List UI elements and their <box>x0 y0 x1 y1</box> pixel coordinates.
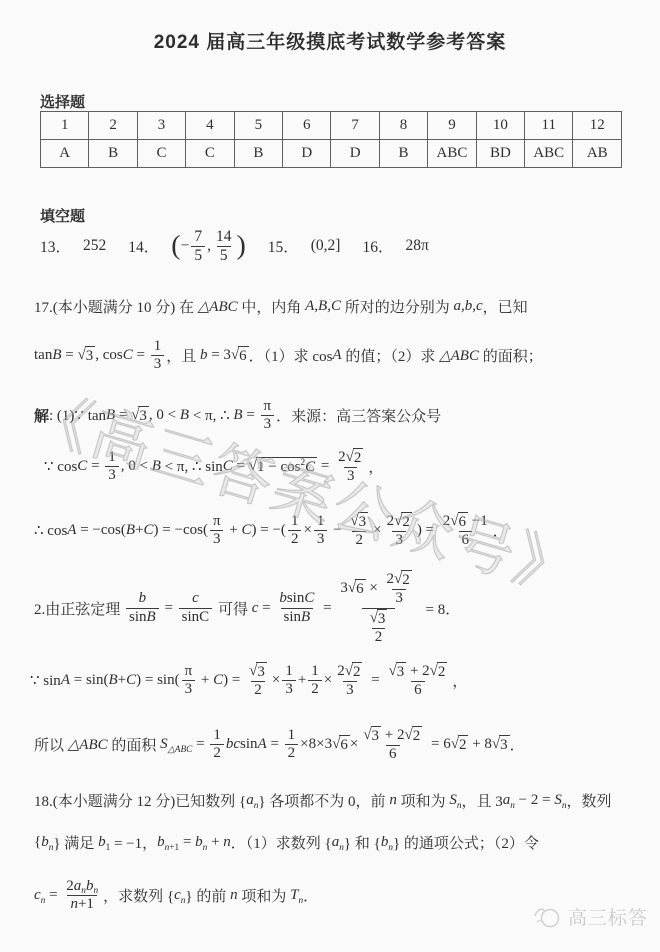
math-text: = <box>317 458 333 475</box>
math-text: 3 <box>139 408 147 425</box>
choice-number-cell: 6 <box>283 112 331 140</box>
sqrt-radicand: 6 <box>458 512 469 531</box>
fraction-denominator: 3 <box>392 589 406 607</box>
math-text: 2 <box>338 449 346 466</box>
blank-item-number: 16． <box>362 235 393 257</box>
math-text: 2 <box>288 745 296 762</box>
choice-number-cell: 1 <box>41 112 89 140</box>
math-text: 3 <box>257 664 265 681</box>
math-var: b <box>157 834 165 851</box>
math-text: 2 <box>66 878 74 895</box>
math-text: 3 <box>86 348 94 365</box>
subscript: n <box>81 886 86 897</box>
math-var: △ABC <box>168 744 193 755</box>
fraction-denominator: 6 <box>386 745 400 763</box>
math-var: n <box>562 801 567 811</box>
sqrt-radicand: 2 <box>352 662 363 681</box>
math-text: ． <box>493 520 508 541</box>
math-text: = <box>367 672 383 689</box>
sqrt-radicand: 3 <box>85 346 96 365</box>
fraction-numerator: √3 + 2√2 <box>360 726 425 745</box>
choice-answer-cell: C <box>137 140 185 168</box>
sqrt: √6 <box>348 579 366 598</box>
math-text: ) = <box>417 522 438 539</box>
fraction-numerator: √3 <box>246 662 270 681</box>
q17-part2-step1: 2.由正弦定理 bsinB = csinC 可得 c = bsinCsinB =… <box>34 570 460 646</box>
fraction-numerator: √3 <box>347 512 371 531</box>
math-text: × <box>373 522 381 539</box>
math-text: 2 <box>355 532 363 549</box>
blank-section-label: 填空题 <box>40 205 85 226</box>
math-text: 1 <box>285 663 293 680</box>
math-text: ×8×3 <box>300 736 332 753</box>
fraction-numerator: 1 <box>210 727 224 744</box>
sqrt-radicand: 2 <box>353 448 364 467</box>
math-var: A <box>332 347 341 364</box>
sqrt-radicand: 2 <box>401 570 412 589</box>
math-text: 所对的边分别为 <box>341 296 454 317</box>
math-text: = 8． <box>422 598 460 619</box>
math-text: 的面积 <box>108 734 161 755</box>
sqrt: √2 <box>346 448 364 467</box>
q18-line1: 18.(本小题满分 12 分)已知数列 {an} 各项都不为 0，前 n 项和为… <box>34 790 612 811</box>
blank-item-value: (0,2] <box>311 237 341 255</box>
math-var: B <box>152 458 161 475</box>
math-var: b <box>86 878 94 895</box>
math-var: n <box>389 792 397 809</box>
math-text: 1 <box>108 449 116 466</box>
math-text: 3 <box>372 728 380 745</box>
math-text: 2 <box>300 458 305 468</box>
blank-answer-item: 15．(0,2] <box>268 235 341 257</box>
math-text: 3 <box>317 531 325 548</box>
choice-table: 123456789101112ABCCBDDBABCBDABCAB <box>40 111 622 168</box>
math-text: +1 <box>169 843 179 853</box>
math-text: ∵ cos <box>44 457 77 476</box>
sqrt-radicand: 3 <box>377 609 388 628</box>
math-var: A <box>258 736 267 753</box>
math-text: 1 <box>213 727 221 744</box>
blank-answer-item: 14．(−75,145) <box>128 228 245 265</box>
fraction-numerator: 1 <box>285 727 299 744</box>
math-var: c <box>34 887 41 904</box>
choice-table-body: 123456789101112ABCCBDDBABCBDABCAB <box>41 112 622 168</box>
math-var: c <box>174 887 181 904</box>
choice-answer-cell: AB <box>573 140 622 168</box>
sqrt: √2 <box>394 512 412 531</box>
math-text: 3 <box>264 416 272 433</box>
math-text: 3 <box>395 590 403 607</box>
math-var: a <box>332 834 340 851</box>
math-text: ． <box>303 885 318 906</box>
math-text: ∴ cos <box>34 521 67 540</box>
math-var: B <box>126 522 135 539</box>
sqrt-radicand: 2 <box>412 726 423 745</box>
math-text: 2 <box>387 513 395 530</box>
math-text: ．（1）求数列 { <box>231 832 332 853</box>
math-text: + <box>118 672 126 689</box>
math-text: π <box>185 663 193 680</box>
math-text: 2 <box>291 531 299 548</box>
math-text: 2 <box>459 737 467 754</box>
math-text: = <box>87 458 103 475</box>
q17-intro-line: 17.(本小题满分 10 分) 在 △ABC 中，内角 A,B,C 所对的边分别… <box>34 296 528 317</box>
math-var: C <box>223 458 233 475</box>
fraction: bsinB <box>126 590 159 626</box>
math-text: + 2 <box>406 663 429 680</box>
math-var: b <box>41 834 49 851</box>
math-text: } 的通项公式；（2）令 <box>393 832 539 853</box>
math-var: B <box>108 672 117 689</box>
blank-item-number: 14． <box>128 235 159 257</box>
footer-brand: 高三标答 <box>532 903 648 930</box>
sqrt-radicand: 6 <box>355 579 366 598</box>
math-text: 3 <box>340 580 348 597</box>
math-var: n <box>41 896 46 906</box>
math-var: C <box>126 672 136 689</box>
math-text: 17.(本小题满分 10 分) 在 <box>34 296 198 317</box>
math-text: 2.由正弦定理 <box>34 598 124 619</box>
choice-answer-cell: C <box>186 140 234 168</box>
big-paren: ( <box>171 232 180 260</box>
math-var: C <box>304 590 314 607</box>
math-text: } 满足 <box>53 832 98 853</box>
choice-number-cell: 12 <box>573 112 622 140</box>
math-var: b <box>195 834 203 851</box>
math-text: 所以 <box>34 734 68 755</box>
math-text: 项和为 <box>238 885 291 906</box>
math-var: n <box>254 801 259 811</box>
fraction: √3 + 2√26 <box>385 662 450 700</box>
math-text: 28π <box>405 237 428 255</box>
choice-answer-row: ABCCBDDBABCBDABCAB <box>41 140 622 168</box>
math-var: n <box>339 843 344 853</box>
math-text: + <box>207 834 223 851</box>
math-text: , 0 < <box>121 458 152 475</box>
math-var: n <box>388 843 393 853</box>
sqrt-radicand: 2 <box>437 662 448 681</box>
fraction-numerator: bsinC <box>276 590 317 607</box>
fraction-denominator: 2 <box>352 531 366 549</box>
choice-number-cell: 4 <box>186 112 234 140</box>
fraction-denominator: 2 <box>285 744 299 762</box>
math-text: 3 <box>108 467 116 484</box>
math-var: n <box>70 896 78 913</box>
math-text: 2 <box>413 728 421 745</box>
fraction: 2√23 <box>384 512 415 550</box>
fraction-numerator: 2anbn <box>63 878 101 895</box>
sqrt-radicand: 2 <box>458 735 469 754</box>
math-text: − 2 = <box>515 792 554 809</box>
math-text: π <box>213 513 221 530</box>
fraction: 12 <box>288 513 302 549</box>
math-var: B <box>147 609 156 626</box>
math-var: n <box>49 843 54 853</box>
math-var: C <box>77 458 87 475</box>
math-text: + <box>197 672 213 689</box>
math-text: = <box>62 347 78 364</box>
math-text: 3 <box>154 356 162 373</box>
math-text: 3 <box>378 611 386 628</box>
fraction: π3 <box>261 398 275 434</box>
sqrt: √6 <box>332 735 350 754</box>
math-text: = <box>179 834 195 851</box>
choice-answer-cell: D <box>331 140 379 168</box>
math-text: ∵ sin <box>30 671 61 690</box>
sqrt-radicand: 1 − cos2C <box>256 457 317 476</box>
math-text: 6 <box>414 682 422 699</box>
math-var: C <box>213 672 223 689</box>
subscript: n <box>562 801 567 811</box>
fraction-numerator: π <box>182 663 196 680</box>
math-text: ．（1）求 cos <box>249 345 333 366</box>
fraction-numerator: 1 <box>314 513 328 530</box>
fraction-numerator: π <box>261 398 275 415</box>
math-text: 5 <box>194 247 202 265</box>
fraction-denominator: 2 <box>372 628 386 646</box>
math-var: B <box>180 407 189 424</box>
subscript: n <box>298 896 303 906</box>
math-var: A,B,C <box>305 298 341 315</box>
choice-number-cell: 10 <box>476 112 524 140</box>
fraction-denominator: 2 <box>288 530 302 548</box>
fraction-denominator: 2 <box>308 680 322 698</box>
fraction-denominator: 3 <box>392 531 406 549</box>
fraction: 12 <box>285 727 299 763</box>
math-var: C <box>305 459 315 476</box>
fraction-denominator: 2 <box>210 744 224 762</box>
fraction-denominator: 2 <box>251 681 265 699</box>
math-var: n <box>203 843 208 853</box>
choice-number-cell: 2 <box>89 112 137 140</box>
math-text: π <box>264 398 272 415</box>
math-text: sin <box>240 736 258 753</box>
fraction-numerator: 2√6 −1 <box>440 512 491 531</box>
math-text: = <box>233 458 249 475</box>
math-text: } 和 { <box>344 832 381 853</box>
fraction: 13 <box>314 513 328 549</box>
fraction-denominator: 3 <box>343 681 357 699</box>
math-text: 2 <box>337 663 345 680</box>
math-text: , <box>207 237 211 255</box>
math-var: a <box>74 878 82 895</box>
sqrt: √3 <box>77 346 95 365</box>
blank-item-number: 13． <box>40 235 71 257</box>
document-page: 2024 届高三年级摸底考试数学参考答案 选择题 123456789101112… <box>0 0 660 952</box>
math-text: < π, ∴ <box>189 406 233 425</box>
sqrt: √2 <box>451 735 469 754</box>
math-text: 2 <box>254 682 262 699</box>
footer-brand-text: 高三标答 <box>568 903 648 930</box>
q18-line2: {bn} 满足 b1 = −1，bn+1 = bn + n．（1）求数列 {an… <box>34 832 539 853</box>
math-text: , 0 < <box>149 407 180 424</box>
choice-section-label: 选择题 <box>40 91 85 112</box>
bold-text: 解 <box>34 405 49 426</box>
math-text: + 8 <box>468 736 491 753</box>
blank-answers-row: 13．25214．(−75,145)15．(0,2]16．28π <box>40 224 451 268</box>
math-var: n <box>457 801 462 811</box>
math-text: ，且 3 <box>461 790 502 811</box>
math-text: × <box>324 672 332 689</box>
fraction-denominator: 6 <box>459 531 473 549</box>
choice-answer-cell: B <box>379 140 427 168</box>
math-text: 的面积； <box>479 345 543 366</box>
math-text: 6 <box>389 746 397 763</box>
math-text: ) = sin( <box>136 672 179 689</box>
fraction-numerator: 2√2 <box>384 570 415 589</box>
choice-number-cell: 5 <box>234 112 282 140</box>
math-text: 3 <box>359 514 367 531</box>
math-var: n <box>298 896 303 906</box>
fraction: 2√23 <box>334 662 365 700</box>
math-var: B <box>106 407 115 424</box>
sqrt: √3 <box>363 726 381 745</box>
page-title: 2024 届高三年级摸底考试数学参考答案 <box>0 27 660 54</box>
math-text: ) = <box>223 672 244 689</box>
math-text: sinC <box>182 609 210 626</box>
math-text: 中，内角 <box>238 296 306 317</box>
fraction: 13 <box>105 449 119 485</box>
choice-number-cell: 8 <box>379 112 427 140</box>
fraction-denominator: sinC <box>179 608 213 626</box>
sqrt: √3 <box>388 662 406 681</box>
fraction-denominator: 3 <box>282 680 296 698</box>
math-text: 6 <box>239 348 247 365</box>
choice-answer-cell: B <box>89 140 137 168</box>
math-text: 2 <box>311 681 319 698</box>
math-text: sin <box>287 590 305 607</box>
math-text: 3 <box>285 681 293 698</box>
math-text: −1 <box>468 513 488 530</box>
fraction-numerator: 3√6 × 2√23 <box>337 570 419 608</box>
math-text: 2 <box>213 745 221 762</box>
math-text: 3 <box>347 468 355 485</box>
fraction: √32 <box>347 512 371 550</box>
math-text: − <box>329 522 345 539</box>
math-text: ，且 <box>166 345 200 366</box>
fraction-denominator: n+1 <box>67 895 96 913</box>
math-text: 2 <box>402 514 410 531</box>
math-var: △ABC <box>198 297 238 316</box>
fraction-denominator: √32 <box>362 608 396 647</box>
q17-solution-step2: ∵ cosC = 13, 0 < B < π, ∴ sinC = √1 − co… <box>44 448 383 486</box>
fraction: √32 <box>367 609 391 647</box>
math-text: (0,2] <box>311 237 341 255</box>
fraction-numerator: 1 <box>288 513 302 530</box>
math-text: 2 <box>438 664 446 681</box>
math-var: n <box>81 886 86 897</box>
math-text: ) = −cos( <box>154 522 208 539</box>
math-text: 1 <box>311 663 319 680</box>
choice-number-cell: 9 <box>428 112 476 140</box>
math-text: 2 <box>387 571 395 588</box>
subscript: △ABC <box>168 744 193 755</box>
choice-number-cell: 7 <box>331 112 379 140</box>
big-paren: ) <box>236 232 245 260</box>
math-text: 6 <box>459 514 467 531</box>
q18-line3: cn = 2anbnn+1，求数列 {cn} 的前 n 项和为 Tn． <box>34 878 318 914</box>
q17-solution-step1: 解: (1)∵ tanB = √3, 0 < B < π, ∴ B = π3．来… <box>34 398 441 434</box>
sqrt: √3 <box>492 735 510 754</box>
choice-number-cell: 3 <box>137 112 185 140</box>
sqrt: √3 <box>370 609 388 628</box>
fraction-denominator: 3 <box>105 466 119 484</box>
math-text: 可得 <box>214 598 252 619</box>
math-text: = −cos( <box>76 522 125 539</box>
choice-answer-cell: A <box>41 140 89 168</box>
math-text: 3 <box>213 531 221 548</box>
math-var: b <box>98 834 106 851</box>
math-var: b <box>381 834 389 851</box>
math-text: 6 <box>356 581 364 598</box>
fraction-numerator: 14 <box>213 228 235 246</box>
math-text: = <box>45 887 61 904</box>
subscript: n <box>339 843 344 853</box>
sqrt: √6 <box>231 346 249 365</box>
sqrt-radicand: 6 <box>339 735 350 754</box>
fraction-denominator: 3 <box>151 355 165 373</box>
choice-number-row: 123456789101112 <box>41 112 622 140</box>
fraction: 2√23 <box>384 570 415 608</box>
fraction: 2√6 −16 <box>440 512 491 550</box>
math-var: n <box>181 896 186 906</box>
math-text: 3 <box>397 664 405 681</box>
sqrt: √2 <box>394 570 412 589</box>
fraction-numerator: 2√2 <box>334 662 365 681</box>
fraction: 13 <box>282 663 296 699</box>
fraction: π3 <box>182 663 196 699</box>
math-text: 1 <box>291 513 299 530</box>
math-text: × <box>272 672 280 689</box>
math-var: c <box>252 600 259 617</box>
math-text: , cos <box>95 347 123 364</box>
math-var: S <box>554 792 562 809</box>
fraction-denominator: sinB <box>281 608 314 626</box>
math-text: +1 <box>78 896 94 913</box>
math-text: = <box>267 736 283 753</box>
fraction: 12 <box>308 663 322 699</box>
math-var: S <box>449 792 457 809</box>
sqrt: √6 <box>450 512 468 531</box>
math-text: 3 <box>500 737 508 754</box>
sqrt: √3 <box>249 662 267 681</box>
math-text: = <box>115 407 131 424</box>
fraction-denominator: 3 <box>314 530 328 548</box>
choice-answer-cell: ABC <box>525 140 573 168</box>
math-text: 项和为 <box>397 790 450 811</box>
math-text: = sin( <box>70 672 108 689</box>
math-text: tan <box>34 347 52 364</box>
math-text: sin <box>284 609 302 626</box>
fraction-numerator: 2√2 <box>384 512 415 531</box>
choice-answer-cell: D <box>283 140 331 168</box>
math-var: n <box>230 887 238 904</box>
math-var: n <box>510 801 515 811</box>
fraction: 145 <box>213 228 235 265</box>
choice-answer-cell: BD <box>476 140 524 168</box>
blank-item-value: (−75,145) <box>171 228 245 265</box>
math-var: a <box>246 792 254 809</box>
math-text: ，求数列 { <box>103 885 174 906</box>
math-text: ．来源：高三答案公众号 <box>276 405 441 426</box>
subscript: n <box>510 801 515 811</box>
math-var: △ABC <box>439 346 479 365</box>
sqrt: √2 <box>430 662 448 681</box>
math-var: S <box>160 736 168 753</box>
fraction-denominator: sinB <box>126 608 159 626</box>
fraction-numerator: 7 <box>191 228 205 246</box>
fraction: π3 <box>210 513 224 549</box>
